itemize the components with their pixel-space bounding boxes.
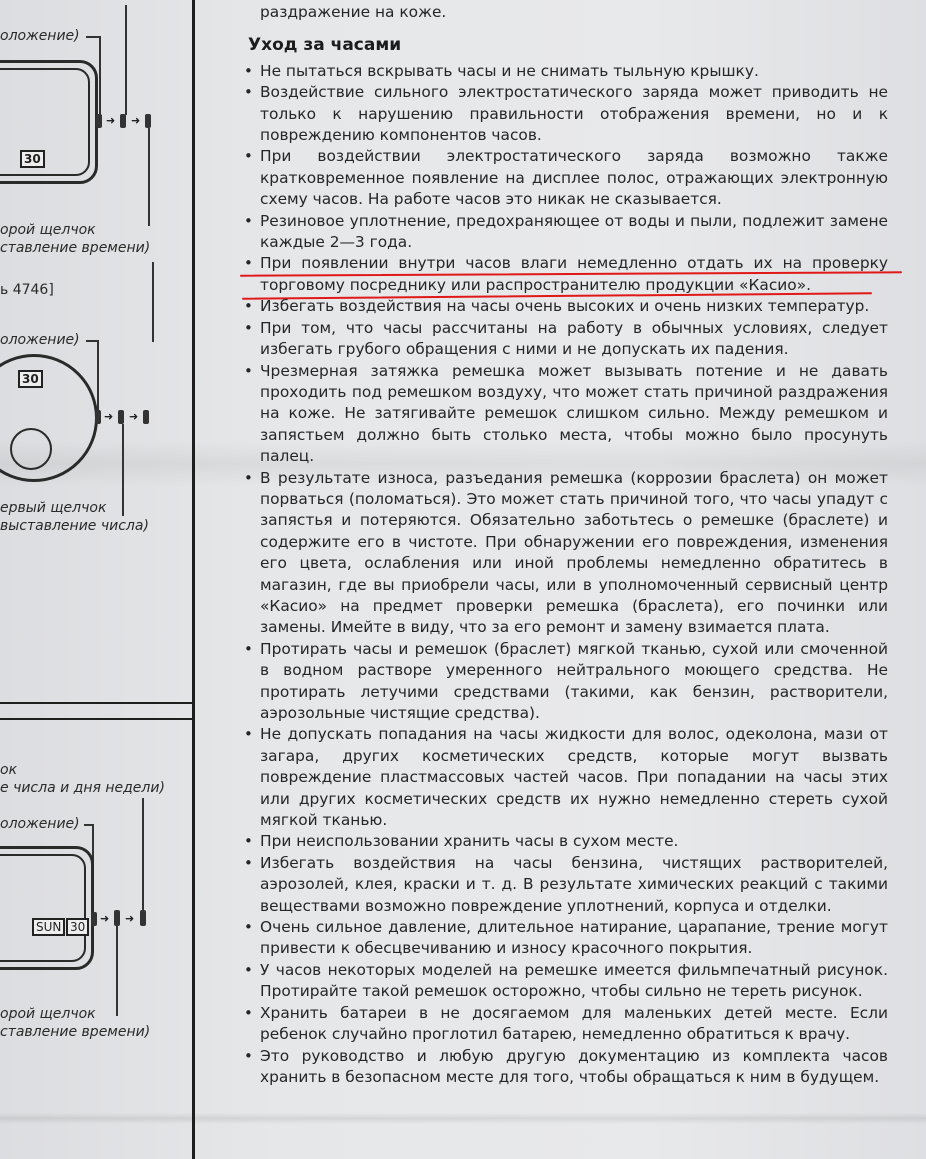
leader-line xyxy=(152,262,154,342)
list-item: При неиспользовании хранить часы в сухом… xyxy=(238,831,888,852)
arrow-right-icon: ➜ xyxy=(129,410,138,423)
caption-click: ок xyxy=(0,762,17,778)
list-item: Протирать часы и ремешок (браслет) мягко… xyxy=(238,639,888,725)
date-window: 30 xyxy=(20,150,45,168)
crown-icon xyxy=(96,114,102,128)
list-item: Очень сильное давление, длительное натир… xyxy=(238,917,888,960)
caption-first-click: ервый щелчок xyxy=(0,500,106,516)
leader-line xyxy=(86,36,100,38)
date-window: 30 xyxy=(66,918,89,936)
model-label: ь 4746] xyxy=(0,282,54,298)
leader-line xyxy=(142,798,144,918)
list-item: Это руководство и любую другую документа… xyxy=(238,1046,888,1089)
column-divider xyxy=(192,0,195,1159)
crown-position-1-icon xyxy=(120,114,126,128)
care-list: Не пытаться вскрывать часы и не снимать … xyxy=(238,61,888,1089)
crown-position-2-icon xyxy=(143,410,149,424)
list-item: У часов некоторых моделей на ремешке име… xyxy=(238,960,888,1003)
list-item: Чрезмерная затяжка ремешка может вызыват… xyxy=(238,361,888,468)
arrow-right-icon: ➜ xyxy=(131,114,140,127)
crown-icon xyxy=(95,410,101,424)
list-item: Не пытаться вскрывать часы и не снимать … xyxy=(238,61,888,82)
crown-position-2-icon xyxy=(140,910,146,926)
caption-date-day-setting: е числа и дня недели) xyxy=(0,780,165,796)
list-item: При том, что часы рассчитаны на работу в… xyxy=(238,318,888,361)
leader-line xyxy=(116,926,118,1016)
arrow-right-icon: ➜ xyxy=(100,912,109,925)
carryover-text: раздражение на коже. xyxy=(238,2,888,23)
list-item: Резиновое уплотнение, предохраняющее от … xyxy=(238,211,888,254)
caption-second-click: орой щелчок xyxy=(0,222,96,238)
list-item: В результате износа, разъедания ремешка … xyxy=(238,468,888,639)
leader-line xyxy=(148,128,150,226)
leader-line xyxy=(125,5,127,115)
caption-date-setting: выставление числа) xyxy=(0,518,149,534)
rectangular-watch-illustration xyxy=(0,60,98,184)
crown-position-1-icon xyxy=(114,910,120,926)
rectangular-watch-illustration xyxy=(0,846,94,970)
crown-position-2-icon xyxy=(145,114,151,128)
diagram-column: оложение) 30 ➜ ➜ орой щелчок ставление в… xyxy=(0,0,192,1159)
care-instructions: раздражение на коже. Уход за часами Не п… xyxy=(238,0,888,1088)
date-window: 30 xyxy=(18,370,43,388)
caption-normal-position: оложение) xyxy=(0,28,80,44)
caption-time-setting: ставление времени) xyxy=(0,1024,150,1040)
frame-border xyxy=(0,702,193,704)
section-title: Уход за часами xyxy=(248,35,888,56)
list-item: Не допускать попадания на часы жидкости … xyxy=(238,724,888,831)
day-window: SUN xyxy=(32,918,65,936)
caption-normal-position: оложение) xyxy=(0,332,80,348)
caption-second-click: орой щелчок xyxy=(0,1006,96,1022)
arrow-right-icon: ➜ xyxy=(104,410,113,423)
subdial xyxy=(10,428,52,470)
caption-normal-position: оложение) xyxy=(0,816,80,832)
arrow-right-icon: ➜ xyxy=(106,114,115,127)
list-item: Хранить батареи в не досягаемом для мале… xyxy=(238,1003,888,1046)
arrow-right-icon: ➜ xyxy=(125,912,134,925)
leader-line xyxy=(122,424,124,516)
list-item-highlighted: При появлении внутри часов влаги немедле… xyxy=(238,253,888,296)
list-item: Избегать воздействия на часы очень высок… xyxy=(238,296,888,317)
frame-border xyxy=(0,718,193,720)
list-item: Воздействие сильного электростатического… xyxy=(238,82,888,146)
list-item: При воздействии электростатического заря… xyxy=(238,146,888,210)
leader-line xyxy=(99,36,101,118)
crown-icon xyxy=(91,912,97,926)
list-item: Избегать воздействия на часы бензина, чи… xyxy=(238,853,888,917)
caption-time-setting: ставление времени) xyxy=(0,240,150,256)
crown-position-1-icon xyxy=(118,410,124,424)
leader-line xyxy=(97,340,99,412)
